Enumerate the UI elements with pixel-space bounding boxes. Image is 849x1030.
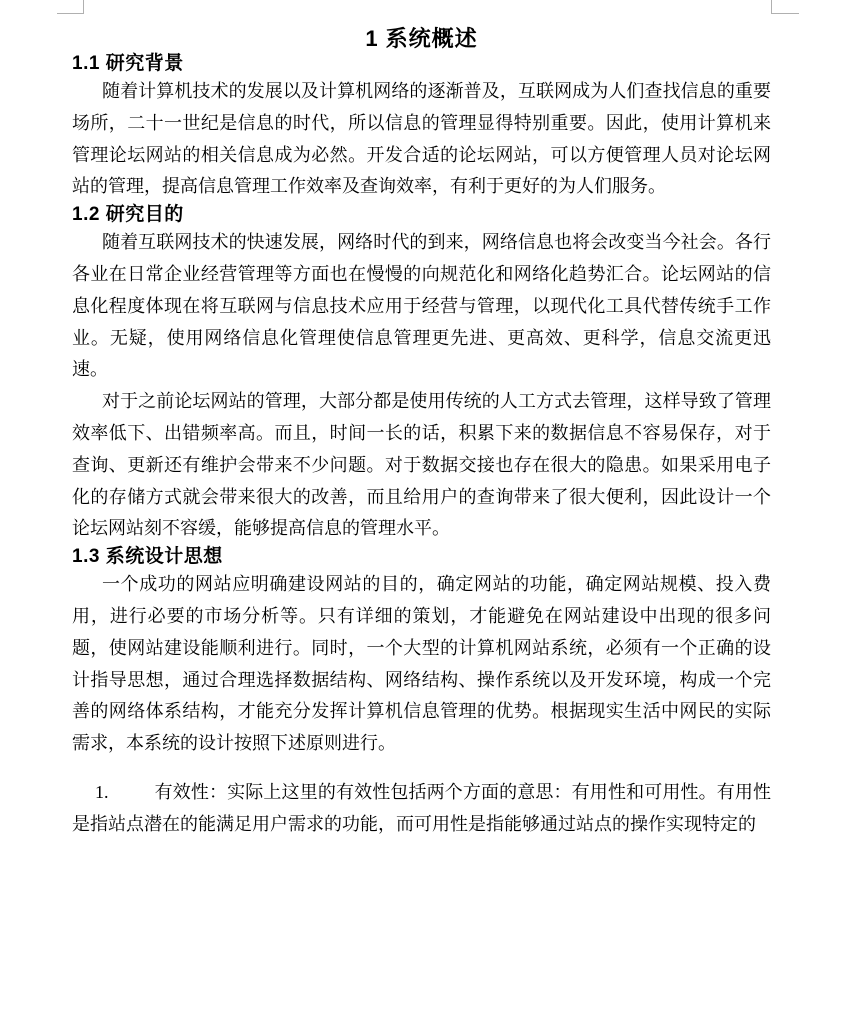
document-page: 1 系统概述 1.1 研究背景 随着计算机技术的发展以及计算机网络的逐渐普及，互… <box>0 0 849 1030</box>
numbered-list-item-1: 1.有效性：实际上这里的有效性包括两个方面的意思：有用性和可用性。有用性是指站点… <box>72 777 771 841</box>
document-content: 1 系统概述 1.1 研究背景 随着计算机技术的发展以及计算机网络的逐渐普及，互… <box>72 0 771 841</box>
paragraph-research-background: 随着计算机技术的发展以及计算机网络的逐渐普及，互联网成为人们查找信息的重要场所，… <box>72 76 771 203</box>
list-item-text: 有效性：实际上这里的有效性包括两个方面的意思：有用性和可用性。有用性是指站点潜在… <box>72 782 771 834</box>
margin-corner-mark-top-right <box>771 0 799 14</box>
section-heading-1-2: 1.2 研究目的 <box>72 203 771 227</box>
paragraph-research-purpose-1: 随着互联网技术的快速发展，网络时代的到来，网络信息也将会改变当今社会。各行各业在… <box>72 227 771 386</box>
section-heading-1-3: 1.3 系统设计思想 <box>72 545 771 569</box>
paragraph-research-purpose-2: 对于之前论坛网站的管理，大部分都是使用传统的人工方式去管理，这样导致了管理效率低… <box>72 386 771 545</box>
paragraph-design-principles: 一个成功的网站应明确建设网站的目的，确定网站的功能，确定网站规模、投入费用，进行… <box>72 569 771 760</box>
document-title: 1 系统概述 <box>72 26 771 52</box>
section-heading-1-1: 1.1 研究背景 <box>72 52 771 76</box>
list-item-number: 1. <box>95 782 109 802</box>
